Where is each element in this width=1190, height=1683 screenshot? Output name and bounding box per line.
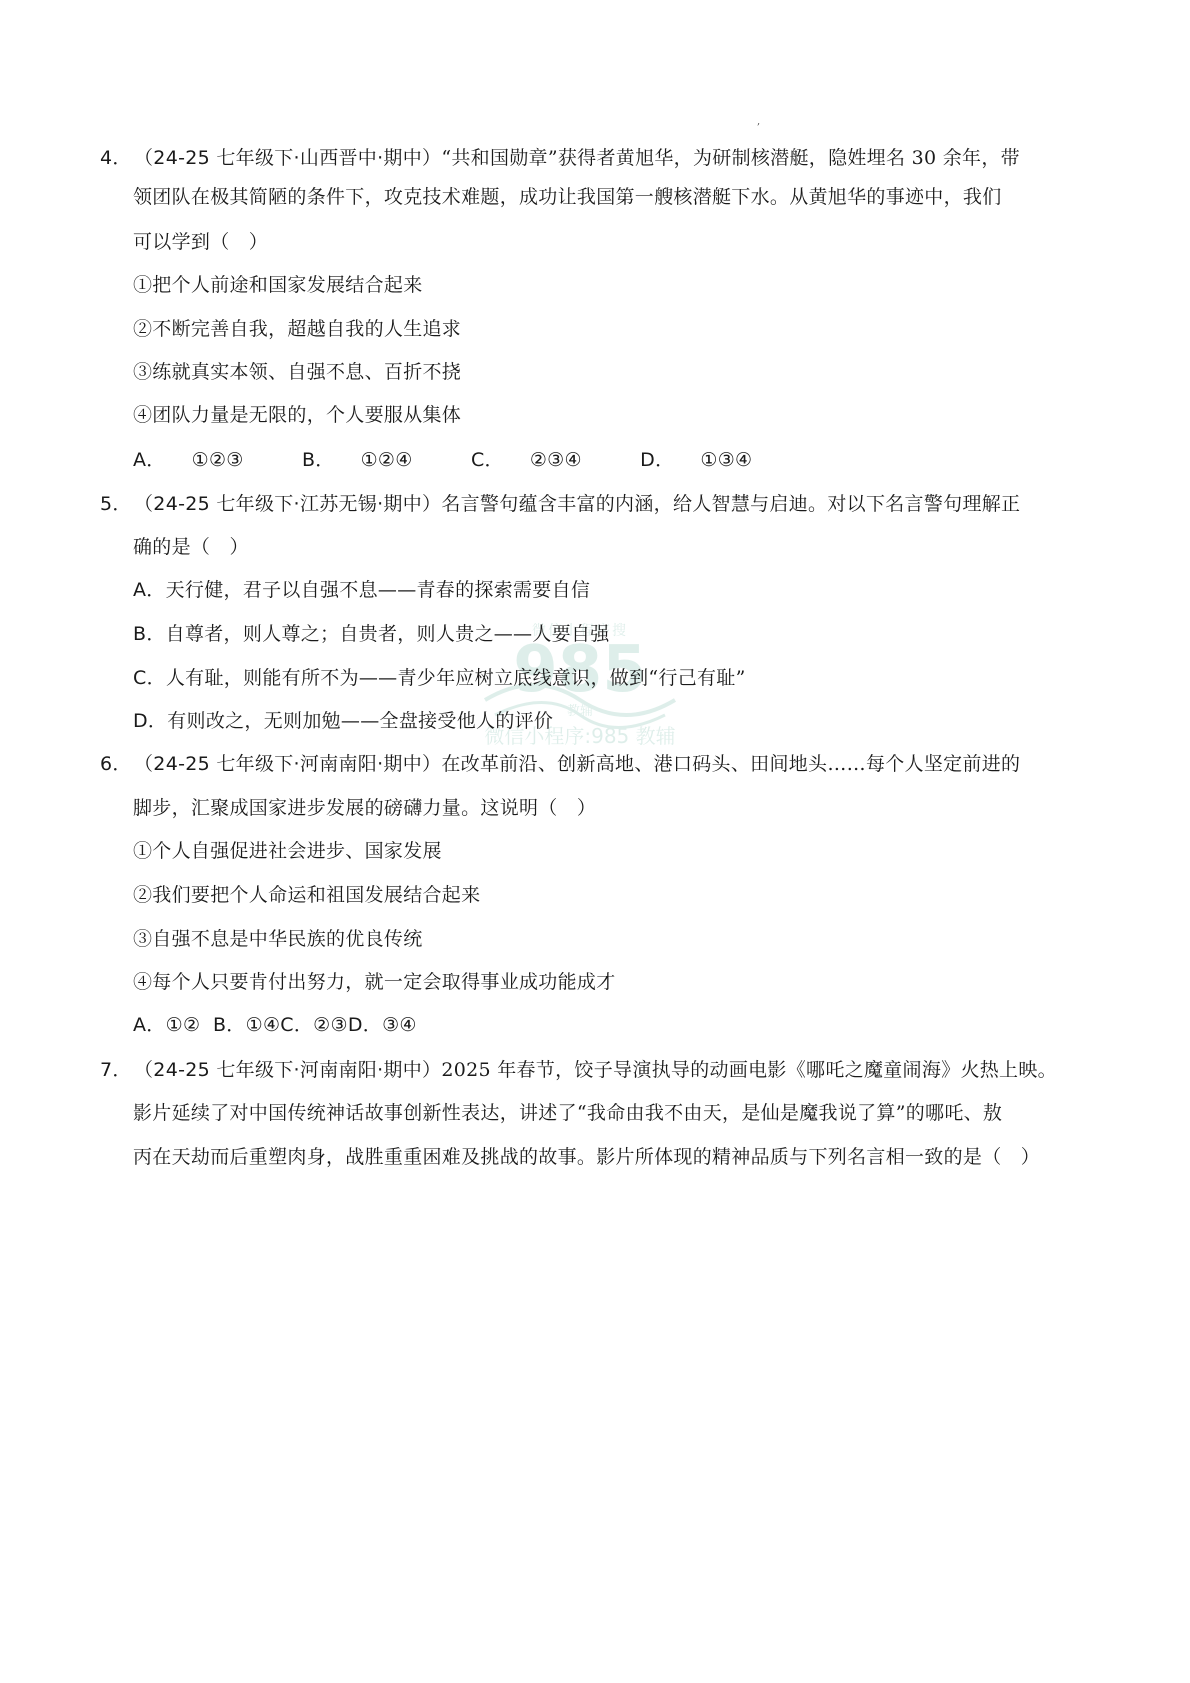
question-stem-text: 名言警句蕴含丰富的内涵，给人智慧与启迪。对以下名言警句理解正 bbox=[441, 493, 1020, 515]
answer-choices: A．①②③ B．①②④ C．②③④ D．①③④ bbox=[133, 447, 804, 473]
question-number: 5． bbox=[100, 491, 134, 517]
question-stem-line: 丙在天劫而后重塑肉身，战胜重重困难及挑战的故事。影片所体现的精神品质与下列名言相… bbox=[133, 1144, 1040, 1170]
question-source: （24-25 七年级下·山西晋中·期中） bbox=[134, 147, 441, 169]
choice-a[interactable]: A．①②③ bbox=[133, 449, 270, 471]
question-number: 4． bbox=[100, 145, 134, 171]
statement-item: ③练就真实本领、自强不息、百折不挠 bbox=[133, 359, 461, 385]
question-stem-line: 确的是（ ） bbox=[133, 534, 249, 560]
document-page: , 微信小程序搜 985 教辅 微信小程序:985 教辅 4．（24-25 七年… bbox=[0, 0, 1190, 1683]
choice-d[interactable]: D．③④ bbox=[348, 1014, 417, 1036]
statement-item: ②我们要把个人命运和祖国发展结合起来 bbox=[133, 882, 480, 908]
option-a[interactable]: A．天行健，君子以自强不息——青春的探索需要自信 bbox=[133, 577, 590, 603]
choice-c[interactable]: C．②③④ bbox=[471, 449, 608, 471]
option-d[interactable]: D．有则改之，无则加勉——全盘接受他人的评价 bbox=[133, 708, 553, 734]
statement-item: ④团队力量是无限的，个人要服从集体 bbox=[133, 402, 461, 428]
statement-item: ③自强不息是中华民族的优良传统 bbox=[133, 926, 423, 952]
question-source: （24-25 七年级下·河南南阳·期中） bbox=[134, 753, 441, 775]
question-stem-line: 脚步，汇聚成国家进步发展的磅礴力量。这说明（ ） bbox=[133, 795, 596, 821]
answer-choices: A．①② B．①④C．②③D．③④ bbox=[133, 1012, 417, 1038]
choice-c[interactable]: C．②③ bbox=[280, 1014, 348, 1036]
question-stem-line: 5．（24-25 七年级下·江苏无锡·期中）名言警句蕴含丰富的内涵，给人智慧与启… bbox=[100, 491, 1020, 517]
stray-mark: , bbox=[757, 116, 760, 127]
question-source: （24-25 七年级下·江苏无锡·期中） bbox=[134, 493, 441, 515]
question-stem-text: 2025 年春节，饺子导演执导的动画电影《哪吒之魔童闹海》火热上映。 bbox=[441, 1059, 1057, 1081]
choice-b[interactable]: B．①④ bbox=[213, 1014, 280, 1036]
question-stem-line: 4．（24-25 七年级下·山西晋中·期中）“共和国勋章”获得者黄旭华，为研制核… bbox=[100, 145, 1020, 171]
question-stem-text: “共和国勋章”获得者黄旭华，为研制核潜艇，隐姓埋名 30 余年，带 bbox=[441, 147, 1020, 169]
question-source: （24-25 七年级下·河南南阳·期中） bbox=[134, 1059, 441, 1081]
statement-item: ②不断完善自我，超越自我的人生追求 bbox=[133, 316, 461, 342]
question-stem-line: 7．（24-25 七年级下·河南南阳·期中）2025 年春节，饺子导演执导的动画… bbox=[100, 1057, 1057, 1083]
option-c[interactable]: C．人有耻，则能有所不为——青少年应树立底线意识，做到“行己有耻” bbox=[133, 665, 746, 691]
question-stem-line: 可以学到（ ） bbox=[133, 229, 268, 255]
question-stem-line: 领团队在极其简陋的条件下，攻克技术难题，成功让我国第一艘核潜艇下水。从黄旭华的事… bbox=[133, 184, 1002, 210]
option-b[interactable]: B．自尊者，则人尊之；自贵者，则人贵之——人要自强 bbox=[133, 621, 610, 647]
choice-a[interactable]: A．①② bbox=[133, 1014, 200, 1036]
statement-item: ④每个人只要肯付出努力，就一定会取得事业成功能成才 bbox=[133, 969, 616, 995]
question-number: 7． bbox=[100, 1057, 134, 1083]
question-stem-text: 在改革前沿、创新高地、港口码头、田间地头……每个人坚定前进的 bbox=[441, 753, 1020, 775]
statement-item: ①个人自强促进社会进步、国家发展 bbox=[133, 838, 442, 864]
statement-item: ①把个人前途和国家发展结合起来 bbox=[133, 272, 423, 298]
question-stem-line: 影片延续了对中国传统神话故事创新性表达，讲述了“我命由我不由天，是仙是魔我说了算… bbox=[133, 1100, 1002, 1126]
choice-d[interactable]: D．①③④ bbox=[640, 449, 778, 471]
choice-b[interactable]: B．①②④ bbox=[302, 449, 439, 471]
question-stem-line: 6．（24-25 七年级下·河南南阳·期中）在改革前沿、创新高地、港口码头、田间… bbox=[100, 751, 1020, 777]
question-number: 6． bbox=[100, 751, 134, 777]
